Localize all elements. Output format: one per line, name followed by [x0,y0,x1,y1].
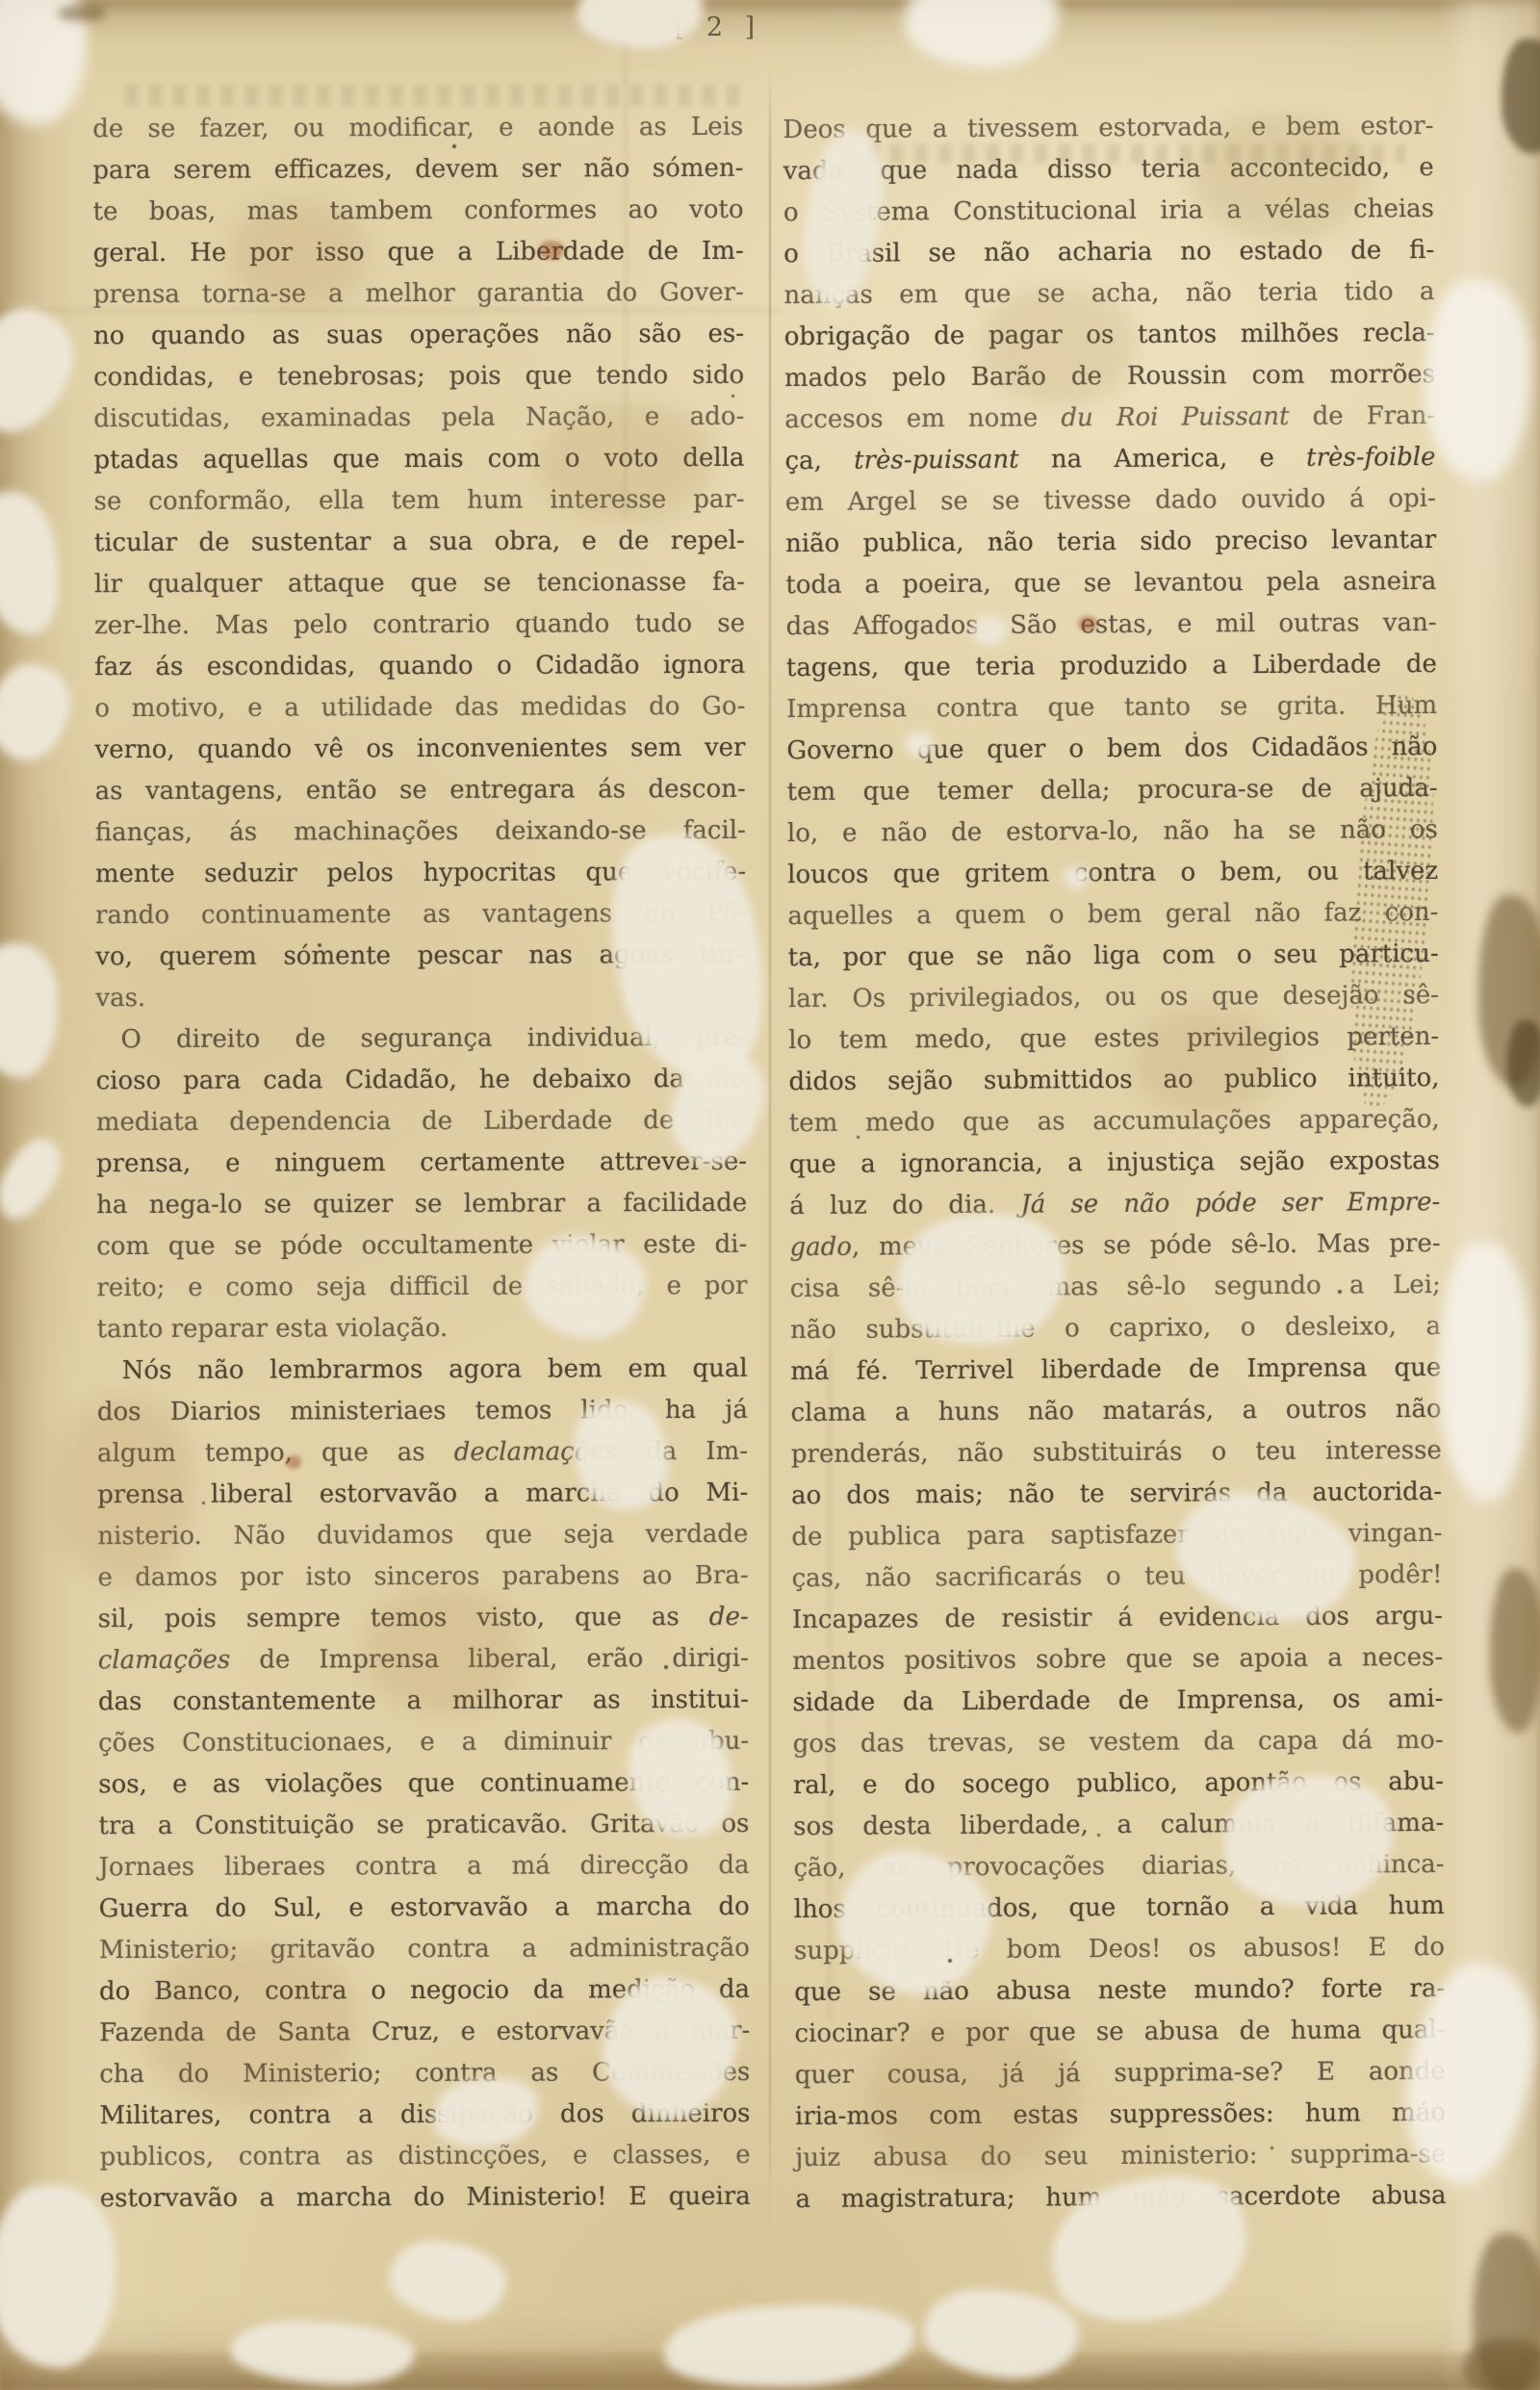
text-line: Guerra do Sul, e estorvavão a marcha do [99,1887,750,1930]
edge-stain [58,6,106,21]
rust-spot [539,241,564,260]
text-line: estorvavão a marcha do Ministerio! E que… [100,2176,751,2220]
text-line: lo tem medo, que estes privilegios perte… [788,1016,1439,1062]
text-line: Incapazes de resistir á evidencia dos ar… [792,1596,1443,1641]
text-line: ça, très-puissant na America, e très-foi… [784,437,1435,482]
ink-speck [318,943,321,947]
paper-tear [0,1130,71,1229]
paper-tear [0,655,79,768]
text-line: em Argel se se tivesse dado ouvido á opi… [785,478,1436,524]
paper-stain [144,1944,356,2108]
paper-stain [982,289,1136,404]
text-line: prenderás, não substituirás o teu intere… [791,1430,1442,1476]
ink-bleedthrough [125,85,751,106]
text-line: gos das trevas, se vestem da capa dá mo- [793,1720,1444,1765]
paper-tear [1424,279,1530,481]
text-line: lar. Os privilegiados, ou os que desejão… [788,975,1439,1020]
text-line: gado, meus Senhores se póde sê-lo. Mas p… [789,1223,1440,1269]
paper-tear [0,943,58,1078]
text-line: zer-lhe. Mas pelo contrario quando tudo … [94,604,745,647]
edge-stain [1507,1020,1540,1107]
paper-tear [384,2233,511,2329]
text-line: sidade da Liberdade de Imprensa, os ami- [792,1679,1443,1724]
text-line: tem que temer della; procura-se de ajuda… [787,768,1438,813]
text-line: para serem efficazes, devem ser não sóme… [92,148,743,192]
text-line: o Brasil se não acharia no estado de fi- [783,230,1434,275]
paper-tear [905,0,1059,67]
paper-tear [0,485,69,641]
ink-speck [534,616,537,619]
ink-speck [202,1502,205,1504]
ink-speck [1097,1834,1100,1837]
text-line: Imprensa contra que tanto se grita. Hum [786,685,1437,731]
text-line: mentos positivos sobre que se apoia a ne… [792,1637,1443,1683]
text-line: condidas, e tenebrosas; pois que tendo s… [93,355,744,398]
edge-stain [1490,1569,1540,1733]
ink-speck [1193,732,1196,734]
text-line: das Affogados. São estas, e mil outras v… [785,603,1436,648]
text-line: lir qualquer attaque que se tencionasse … [94,562,745,605]
paper-stain [58,1396,192,1588]
paper-tear [1064,866,1089,889]
ink-speck [404,2026,408,2030]
text-line: reito; e como seja difficil de sabe-lo, … [96,1266,747,1309]
rust-spot [286,1455,301,1469]
paper-tear [972,616,1007,645]
scanned-page: [ 2 ] de se fazer, ou modificar, e aonde… [0,0,1540,2390]
text-line: toda a poeira, que se levantou pela asne… [785,561,1436,606]
text-line: verno, quando vê os inconvenientes sem v… [94,728,745,771]
ink-speck [1338,1290,1342,1294]
ink-speck [948,1959,952,1963]
text-line: nisterio. Não duvidamos que seja verdade [97,1514,748,1557]
text-line: aquelles a quem o bem geral não faz con- [787,892,1438,938]
text-line: prensa, e ninguem certamente attrever-se… [96,1142,747,1185]
paper-stain [366,1588,520,1713]
text-line: lo, e não de estorva-lo, não ha se não o… [787,810,1438,855]
text-line: nião publica, não teria sido preciso lev… [785,520,1436,565]
text-line: o motivo, e a utilidade das medidas do G… [94,686,745,730]
text-line: ha nega-lo se quizer se lembrar a facili… [96,1183,747,1226]
paper-tear [0,294,90,448]
paper-stain [1136,1011,1280,1117]
text-line: tagens, que teria produzido a Liberdade … [786,644,1437,689]
text-line: com que se póde occultamente violar este… [96,1224,747,1268]
text-line: no quando as suas operações não são es- [93,314,744,357]
text-line: faz ás escondidas, quando o Cidadão igno… [94,645,745,688]
text-line: prensa torna-se a melhor garantia do Gov… [93,272,744,316]
text-line: Jornaes liberaes contra a má direcção da [98,1845,749,1889]
column-divider-rule [769,69,771,2233]
paper-tear [905,732,934,757]
text-line: as vantagens, então se entregara ás desc… [95,769,746,812]
text-line: que a ignorancia, a injustiça sejão expo… [789,1141,1440,1186]
ink-speck [857,1136,860,1139]
text-line: accesos em nome du Roi Puissant de Fran- [784,396,1435,441]
rust-spot [1078,616,1097,631]
text-line: cisa sê-lo bom, mas sê-lo segundo a Lei; [790,1265,1441,1310]
edge-stain [1463,2339,1540,2390]
ink-speck [731,395,734,398]
text-line: ta, por que se não liga com o seu partic… [788,934,1439,979]
text-line: geral. He por isso que a Liberdade de Im… [93,231,744,274]
ink-speck [452,144,456,148]
text-line: publicos, contra as distincções, e class… [100,2135,751,2178]
text-line: de se fazer, ou modificar, e aonde as Le… [92,107,743,150]
text-line: tanto reparar esta violação. [97,1307,748,1350]
text-line: á luz do dia. Já se não póde ser Empre- [789,1182,1440,1227]
text-line: tem medo que as accumulações appareção, [789,1099,1440,1144]
text-line: ao dos mais; não te servirás da auctorid… [791,1472,1442,1517]
paper-tear [1439,1242,1530,1502]
paper-stain [539,404,712,520]
paper-tear [0,2185,115,2368]
ink-speck [1270,2146,1273,2149]
text-line: má fé. Terrivel liberdade de Imprensa qu… [790,1348,1441,1393]
text-line: loucos que gritem contra o bem, ou talve… [787,851,1438,896]
text-line: te boas, mas tambem conformes ao voto [92,190,743,233]
paper-stain [1193,116,1367,241]
text-line: não substituir-lhe o caprixo, o desleixo… [790,1306,1441,1351]
ink-speck [664,1665,668,1669]
text-line: cioso para cada Cidadão, he debaixo da i… [96,1059,747,1102]
text-line: mediata dependencia de Liberdade de Im- [96,1100,747,1144]
ink-speck [996,539,1000,543]
paper-stain [231,202,366,308]
text-line: ticular de sustentar a sua obra, e de re… [94,521,745,564]
paper-stain [866,2021,1078,2175]
text-line: Nós não lembrarmos agora bem em qual [97,1349,748,1392]
text-line: didos sejão submittidos ao publico intui… [788,1058,1439,1103]
text-line: Governo que quer o bem dos Cidadãos não [786,727,1437,772]
text-line: clama a huns não matarás, a outros não [790,1389,1441,1434]
